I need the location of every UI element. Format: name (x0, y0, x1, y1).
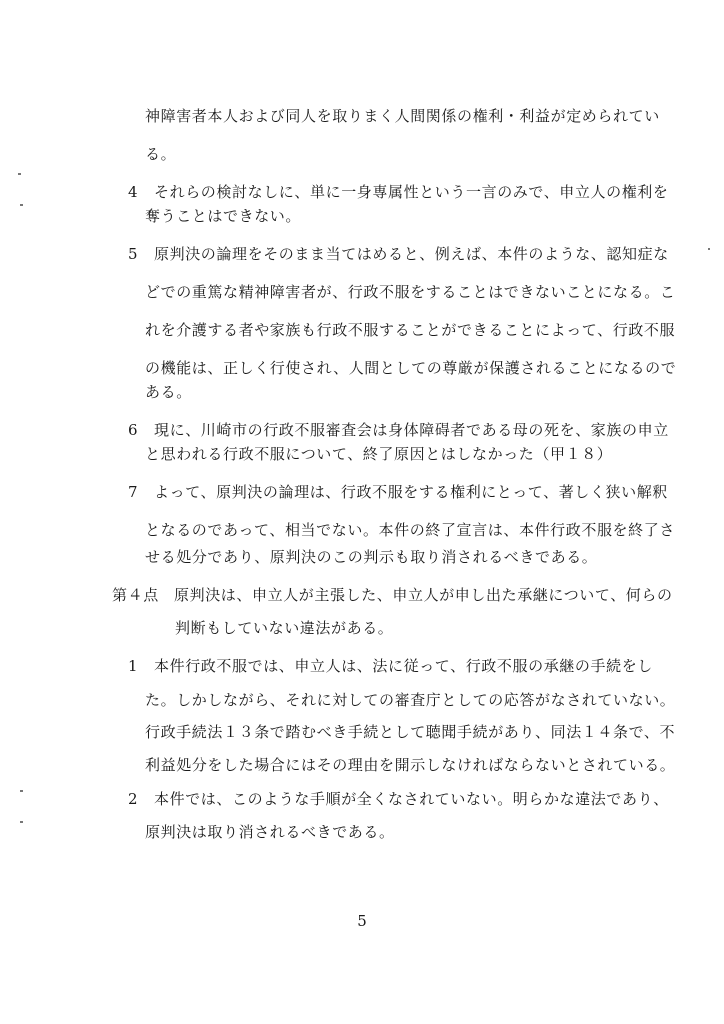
item-number: 5 (128, 244, 154, 264)
line-text: と思われる行政不服について、終了原因とはしなかった（甲１８） (145, 445, 612, 463)
line-text: どでの重篤な精神障害者が、行政不服をすることはできないことになる。こ (145, 283, 675, 301)
line-text: ある。 (145, 383, 192, 401)
line-text: 奪うことはできない。 (145, 207, 301, 225)
line-text: 本件では、このような手順が全くなされていない。明らかな違法であり、 (154, 790, 669, 808)
text-line: 原判決は取り消されるべきである。 (145, 822, 395, 842)
scan-speck (18, 173, 21, 175)
text-line: ある。 (145, 382, 192, 402)
item-4: 4それらの検討なしに、単に一身専属性という一言のみで、申立人の権利を (128, 182, 669, 202)
page-number: 5 (0, 912, 724, 930)
line-text: れを介護する者や家族も行政不服することができることによって、行政不服 (145, 321, 675, 339)
line-text: た。しかしながら、それに対しての審査庁としての応答がなされていない。 (145, 691, 675, 709)
item-5: 5原判決の論理をそのまま当てはめると、例えば、本件のような、認知症な (128, 244, 669, 264)
text-line: れを介護する者や家族も行政不服することができることによって、行政不服 (145, 320, 675, 340)
scan-speck (20, 821, 23, 823)
line-text: せる処分であり、原判決のこの判示も取り消されるべきである。 (145, 548, 597, 566)
line-text: 原判決の論理をそのまま当てはめると、例えば、本件のような、認知症な (154, 245, 669, 263)
text-line: となるのであって、相当でない。本件の終了宣言は、本件行政不服を終了さ (145, 520, 675, 540)
text-line: どでの重篤な精神障害者が、行政不服をすることはできないことになる。こ (145, 282, 675, 302)
line-text: 行政手続法１３条で踏むべき手続として聴聞手続があり、同法１４条で、不 (145, 723, 675, 741)
text-line: 神障害者本人および同人を取りまく人間関係の権利・利益が定められてい (145, 106, 660, 126)
text-line: と思われる行政不服について、終了原因とはしなかった（甲１８） (145, 444, 612, 464)
line-text: となるのであって、相当でない。本件の終了宣言は、本件行政不服を終了さ (145, 521, 675, 539)
line-text: 現に、川崎市の行政不服審査会は身体障碍者である母の死を、家族の申立 (154, 421, 669, 439)
line-text: 神障害者本人および同人を取りまく人間関係の権利・利益が定められてい (145, 107, 660, 125)
item-2: 2本件では、このような手順が全くなされていない。明らかな違法であり、 (128, 789, 669, 809)
item-1: 1本件行政不服では、申立人は、法に従って、行政不服の承継の手続をし (128, 656, 653, 676)
text-line: た。しかしながら、それに対しての審査庁としての応答がなされていない。 (145, 690, 675, 710)
item-6: 6現に、川崎市の行政不服審査会は身体障碍者である母の死を、家族の申立 (128, 420, 669, 440)
line-text: 判断もしていない違法がある。 (175, 619, 393, 637)
line-text: の機能は、正しく行使され、人間としての尊厳が保護されることになるので (145, 359, 676, 377)
text-line: 判断もしていない違法がある。 (175, 618, 393, 638)
item-number: 6 (128, 420, 154, 440)
document-page: 神障害者本人および同人を取りまく人間関係の権利・利益が定められてい る。 4それ… (0, 0, 724, 1024)
line-text: よって、原判決の論理は、行政不服をする権利にとって、著しく狭い解釈 (154, 483, 668, 501)
line-text: 原判決は取り消されるべきである。 (145, 823, 395, 841)
line-text: る。 (145, 145, 176, 163)
text-line: 奪うことはできない。 (145, 206, 301, 226)
text-line: る。 (145, 144, 176, 164)
line-text: それらの検討なしに、単に一身専属性という一言のみで、申立人の権利を (154, 183, 669, 201)
item-7: 7よって、原判決の論理は、行政不服をする権利にとって、著しく狭い解釈 (128, 482, 668, 502)
item-number: 7 (128, 482, 154, 502)
line-text: 利益処分をした場合にはその理由を開示しなければならないとされている。 (145, 756, 675, 774)
section-4-heading: 第４点原判決は、申立人が主張した、申立人が申し出た承継について、何らの (112, 585, 673, 605)
section-label: 第４点 (112, 585, 174, 605)
scan-speck (20, 790, 23, 792)
item-number: 4 (128, 182, 154, 202)
scan-speck (20, 204, 23, 206)
text-line: 利益処分をした場合にはその理由を開示しなければならないとされている。 (145, 755, 675, 775)
text-line: 行政手続法１３条で踏むべき手続として聴聞手続があり、同法１４条で、不 (145, 722, 675, 742)
item-number: 1 (128, 656, 154, 676)
line-text: 原判決は、申立人が主張した、申立人が申し出た承継について、何らの (174, 586, 673, 604)
line-text: 本件行政不服では、申立人は、法に従って、行政不服の承継の手続をし (154, 657, 653, 675)
scan-speck (708, 248, 710, 250)
text-line: の機能は、正しく行使され、人間としての尊厳が保護されることになるので (145, 358, 676, 378)
item-number: 2 (128, 789, 154, 809)
text-line: せる処分であり、原判決のこの判示も取り消されるべきである。 (145, 547, 597, 567)
